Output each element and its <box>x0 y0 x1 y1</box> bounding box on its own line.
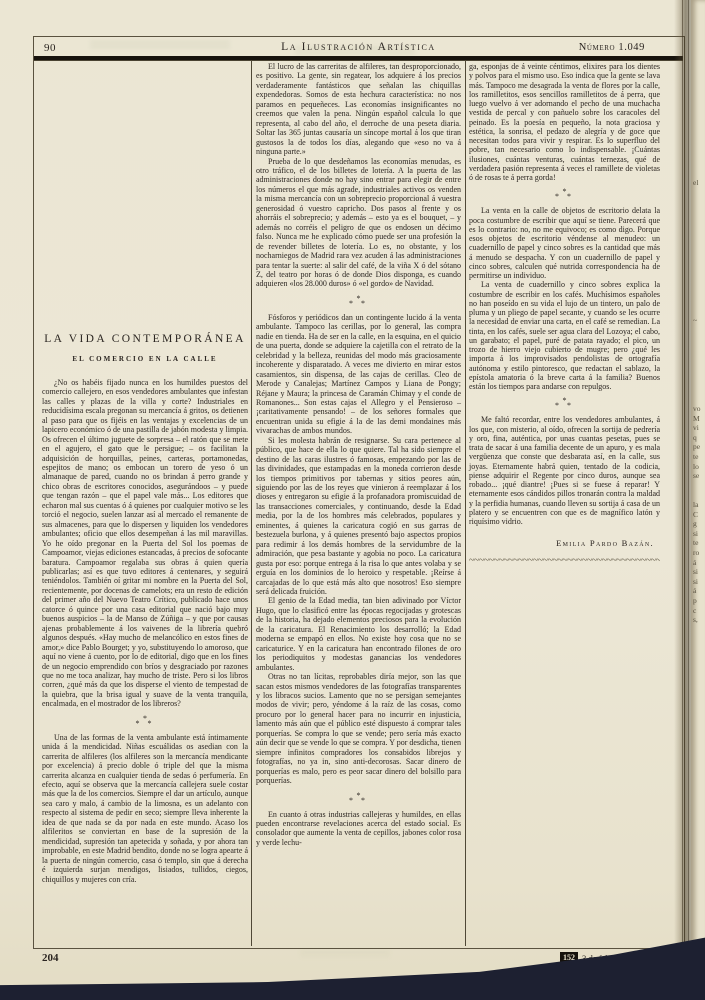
asterism-separator: ** * <box>42 716 248 727</box>
wavy-end-rule: ~~~~~~~~~~~~~~~~~~~~~~~~~~~~~~~~~~~~~~~~… <box>469 556 660 565</box>
asterism-separator: ** * <box>256 296 461 307</box>
page-edge-line <box>682 0 683 1000</box>
article-paragraph: Fósforos y periódicos dan un contingente… <box>256 313 461 436</box>
asterism-separator: ** * <box>256 793 461 804</box>
article-paragraph: El genio de la Edad media, tan bien adiv… <box>256 596 461 672</box>
ink-bleed-smudge <box>300 948 390 957</box>
article-paragraph: Si les molesta habrán de resignarse. Su … <box>256 436 461 597</box>
article-paragraph: Una de las formas de la venta ambulante … <box>42 733 248 884</box>
header-rule <box>34 56 683 61</box>
article-paragraph: ga, esponjas de á veinte céntimos, elixi… <box>469 62 660 182</box>
next-page-sliver: el~voMviqpeteloselaCgsiteroásisiápcs, <box>691 0 705 1000</box>
article-paragraph: El lucro de las carreritas de alfileres,… <box>256 62 461 157</box>
text-column-right: ga, esponjas de á veinte céntimos, elixi… <box>469 62 660 565</box>
author-byline: Emilia Pardo Bazán. <box>469 539 660 548</box>
article-subtitle: EL COMERCIO EN LA CALLE <box>42 355 248 364</box>
article-paragraph: Otras no tan lícitas, reprobables diría … <box>256 672 461 785</box>
adjacent-page-text-fragments: ~ <box>693 316 705 326</box>
column-divider <box>251 60 252 946</box>
asterism-separator: ** * <box>469 189 660 200</box>
scanned-magazine-page: 90 La Ilustración Artística Número 1.049… <box>0 0 705 1000</box>
article-paragraph: Prueba de lo que desdeñamos las economía… <box>256 157 461 289</box>
issue-number: Número 1.049 <box>579 42 645 53</box>
column-divider <box>465 60 466 946</box>
page-edge-line <box>688 0 689 1000</box>
article-paragraph: ¿No os habéis fijado nunca en los humild… <box>42 378 248 709</box>
text-column-middle: El lucro de las carreritas de alfileres,… <box>256 62 461 847</box>
article-paragraph: Me faltó recordar, entre los vendedores … <box>469 415 660 526</box>
adjacent-page-text-fragments: laCgsiteroásisiápcs, <box>693 500 705 625</box>
article-paragraph: La venta en la calle de objetos de escri… <box>469 206 660 280</box>
article-paragraph: La venta de cuadernillo y cinco sobres e… <box>469 280 660 391</box>
folio-page-number: 204 <box>42 952 59 964</box>
adjacent-page-text-fragments: el <box>693 178 705 188</box>
text-column-left: LA VIDA CONTEMPORÁNEAEL COMERCIO EN LA C… <box>42 62 248 884</box>
asterism-separator: ** * <box>469 398 660 409</box>
article-title: LA VIDA CONTEMPORÁNEA <box>42 335 248 344</box>
adjacent-page-text-fragments: voMviqpetelose <box>693 404 705 481</box>
article-paragraph: En cuanto á otras industrias callejeras … <box>256 810 461 848</box>
